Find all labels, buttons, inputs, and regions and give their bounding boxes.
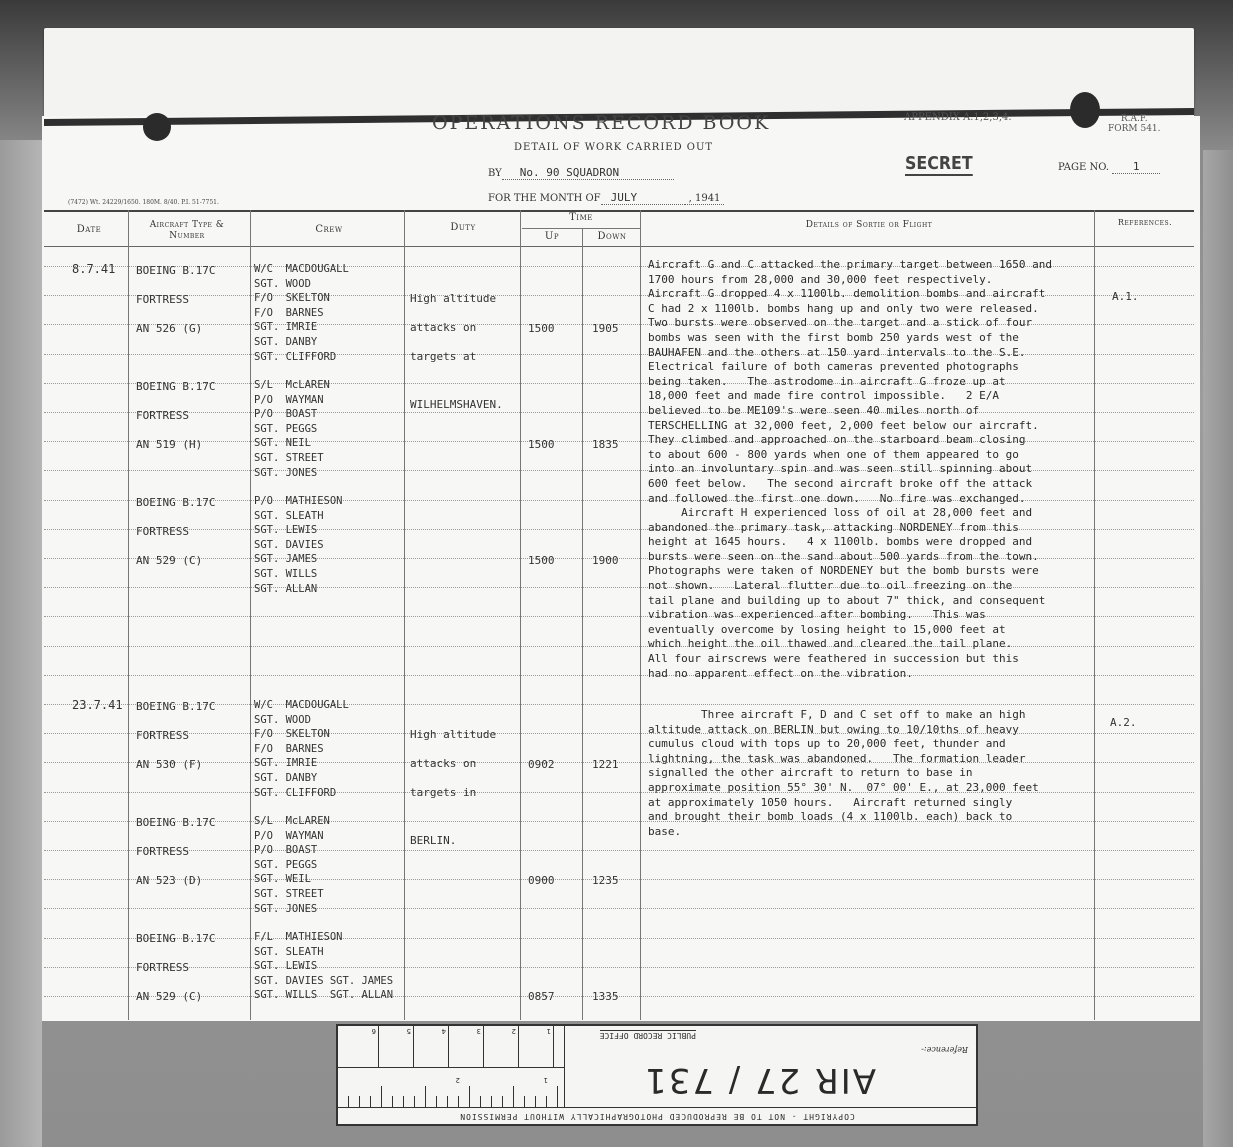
sortie-details-8-7-41: Aircraft G and C attacked the primary ta… <box>648 258 1100 681</box>
duty-line: High altitude <box>410 728 496 741</box>
unit-value: No. 90 SQUADRON <box>502 166 674 180</box>
by-label: BY <box>488 168 502 179</box>
ruler-tick <box>469 1086 470 1108</box>
reference-a1: A.1. <box>1112 290 1139 303</box>
ruler-cm-label: 2 <box>512 1024 519 1068</box>
page-number: 1 <box>1112 160 1160 174</box>
reference-label: Reference:- <box>921 1045 968 1054</box>
ruler-tick <box>524 1096 525 1108</box>
background-right-edge <box>1203 150 1233 1147</box>
time-up: 0900 <box>528 874 555 887</box>
classification-stamp: SECRET <box>905 153 973 176</box>
ruler-cm-label: 5 <box>407 1024 414 1068</box>
time-divider <box>522 228 640 229</box>
ruler-tick <box>392 1096 393 1108</box>
ruler-tick <box>458 1096 459 1108</box>
background-left-edge <box>0 140 42 1147</box>
aircraft-line: BOEING B.17C <box>136 700 215 713</box>
ruler-tick <box>557 1086 558 1108</box>
sortie-date: 8.7.41 <box>72 262 115 276</box>
month-label: FOR THE MONTH OF <box>488 193 601 204</box>
header-crew: Crew <box>254 224 404 235</box>
time-up: 1500 <box>528 438 555 451</box>
time-up: 1500 <box>528 322 555 335</box>
ruler-tick <box>513 1086 514 1108</box>
time-down: 1335 <box>592 990 619 1003</box>
folded-paper-flap <box>44 28 1194 120</box>
duty-line: BERLIN. <box>410 834 456 847</box>
aircraft-line: AN 530 (F) <box>136 758 202 771</box>
page-number-line: PAGE NO. 1 <box>1058 160 1160 174</box>
ruler-tick <box>348 1096 349 1108</box>
ruled-line <box>44 908 1194 909</box>
month-line: FOR THE MONTH OFJULY, 1941 <box>488 191 724 205</box>
sortie-date: 23.7.41 <box>72 698 123 712</box>
form-id-line: FORM 541. <box>1108 124 1161 134</box>
aircraft-line: BOEING B.17C <box>136 496 215 509</box>
sortie-details-23-7-41: Three aircraft F, D and C set off to mak… <box>648 708 1100 839</box>
column-divider <box>640 210 641 1020</box>
column-divider <box>404 210 405 1020</box>
measurement-ruler: 12 123456 <box>338 1024 565 1108</box>
crew-list: S/L McLAREN P/O WAYMAN P/O BOAST SGT. PE… <box>254 814 330 916</box>
ruler-tick <box>480 1096 481 1108</box>
column-divider <box>250 210 251 1020</box>
aircraft-line: FORTRESS <box>136 293 189 306</box>
column-divider <box>520 210 521 1020</box>
ruled-line <box>44 967 1194 968</box>
form-title: OPERATIONS RECORD BOOK <box>432 112 770 134</box>
header-time: Time <box>522 212 640 223</box>
ruler-tick <box>491 1096 492 1108</box>
aircraft-line: AN 529 (C) <box>136 554 202 567</box>
ruler-cm-label: 6 <box>372 1024 379 1068</box>
header-aircraft: Aircraft Type & Number <box>132 220 242 242</box>
aircraft-line: AN 523 (D) <box>136 874 202 887</box>
aircraft-line: BOEING B.17C <box>136 380 215 393</box>
ruler-tick <box>381 1086 382 1108</box>
ruler-tick <box>425 1086 426 1108</box>
ruler-tick <box>447 1096 448 1108</box>
ruler-tick <box>403 1096 404 1108</box>
time-down: 1900 <box>592 554 619 567</box>
form-id-line: R.A.F. <box>1108 114 1161 124</box>
ruler-tick <box>535 1096 536 1108</box>
ruler-tick <box>359 1096 360 1108</box>
aircraft-line: BOEING B.17C <box>136 932 215 945</box>
page-label: PAGE NO. <box>1058 162 1109 173</box>
ruler-cm-label: 3 <box>477 1024 484 1068</box>
header-duty: Duty <box>406 222 520 233</box>
ruled-line <box>44 996 1194 997</box>
crew-list: S/L McLAREN P/O WAYMAN P/O BOAST SGT. PE… <box>254 378 330 480</box>
public-record-office-label: PUBLIC RECORD OFFICE <box>600 1030 696 1040</box>
duty-line: High altitude <box>410 292 496 305</box>
archive-reference-stamp: COPYRIGHT - NOT TO BE REPRODUCED PHOTOGR… <box>336 1024 978 1126</box>
piece-reference: AIR 27 / 731 <box>643 1060 876 1100</box>
header-down: Down <box>584 231 640 242</box>
operations-table: Date Aircraft Type & Number Crew Duty Ti… <box>44 210 1194 1020</box>
ruler-tick <box>436 1096 437 1108</box>
duty-line: WILHELMSHAVEN. <box>410 398 503 411</box>
crew-list: P/O MATHIESON SGT. SLEATH SGT. LEWIS SGT… <box>254 494 343 596</box>
crew-list: W/C MACDOUGALL SGT. WOOD F/O SKELTON F/O… <box>254 262 349 364</box>
print-code: (7472) Wt. 24229/1650. 180M. 8/40. P.I. … <box>68 199 219 206</box>
year-value: , 1941 <box>685 193 725 205</box>
time-down: 1835 <box>592 438 619 451</box>
aircraft-line: FORTRESS <box>136 525 189 538</box>
duty-line: attacks on <box>410 757 476 770</box>
form-id: R.A.F. FORM 541. <box>1108 114 1161 134</box>
duty-line: targets in <box>410 786 476 799</box>
header-bottom-rule <box>44 246 1194 247</box>
header-references: References. <box>1096 218 1194 227</box>
binding-grommet-icon <box>143 113 171 141</box>
column-divider <box>582 228 583 1020</box>
ruler-tick <box>370 1096 371 1108</box>
form-subtitle: DETAIL OF WORK CARRIED OUT <box>514 142 713 153</box>
ruled-line <box>44 938 1194 939</box>
aircraft-line: AN 529 (C) <box>136 990 202 1003</box>
aircraft-line: FORTRESS <box>136 961 189 974</box>
time-up: 0902 <box>528 758 555 771</box>
aircraft-line: BOEING B.17C <box>136 264 215 277</box>
duty-line: attacks on <box>410 321 476 334</box>
reference-a2: A.2. <box>1110 716 1137 729</box>
inch-scale: 12 <box>338 1067 564 1108</box>
aircraft-line: BOEING B.17C <box>136 816 215 829</box>
time-down: 1905 <box>592 322 619 335</box>
copyright-notice: COPYRIGHT - NOT TO BE REPRODUCED PHOTOGR… <box>338 1107 976 1124</box>
column-divider <box>128 210 129 1020</box>
appendix-ref: APPENDIX A.1,2,3,4. <box>904 112 1012 123</box>
cm-scale: 123456 <box>338 1024 564 1068</box>
binding-grommet-icon <box>1070 92 1100 128</box>
ruled-line <box>44 879 1194 880</box>
header-date: Date <box>54 224 124 235</box>
month-value: JULY <box>601 191 685 205</box>
unit-line: BYNo. 90 SQUADRON <box>488 166 674 180</box>
crew-list: F/L MATHIESON SGT. SLEATH SGT. LEWIS SGT… <box>254 930 393 1003</box>
aircraft-line: FORTRESS <box>136 845 189 858</box>
header-up: Up <box>522 231 582 242</box>
duty-line: targets at <box>410 350 476 363</box>
aircraft-line: AN 519 (H) <box>136 438 202 451</box>
header-details: Details of Sortie or Flight <box>644 220 1094 230</box>
ruler-tick <box>546 1096 547 1108</box>
ruler-cm-label: 1 <box>547 1024 554 1068</box>
crew-list: W/C MACDOUGALL SGT. WOOD F/O SKELTON F/O… <box>254 698 349 800</box>
ruler-tick <box>502 1096 503 1108</box>
ruler-inch-label: 1 <box>544 1076 548 1084</box>
ruler-cm-label: 4 <box>442 1024 449 1068</box>
ruler-inch-label: 2 <box>456 1076 460 1084</box>
ruler-tick <box>414 1096 415 1108</box>
time-up: 1500 <box>528 554 555 567</box>
aircraft-line: FORTRESS <box>136 409 189 422</box>
ruled-line <box>44 704 1194 705</box>
aircraft-line: AN 526 (G) <box>136 322 202 335</box>
time-up: 0857 <box>528 990 555 1003</box>
time-down: 1235 <box>592 874 619 887</box>
aircraft-line: FORTRESS <box>136 729 189 742</box>
time-down: 1221 <box>592 758 619 771</box>
ruled-line <box>44 850 1194 851</box>
